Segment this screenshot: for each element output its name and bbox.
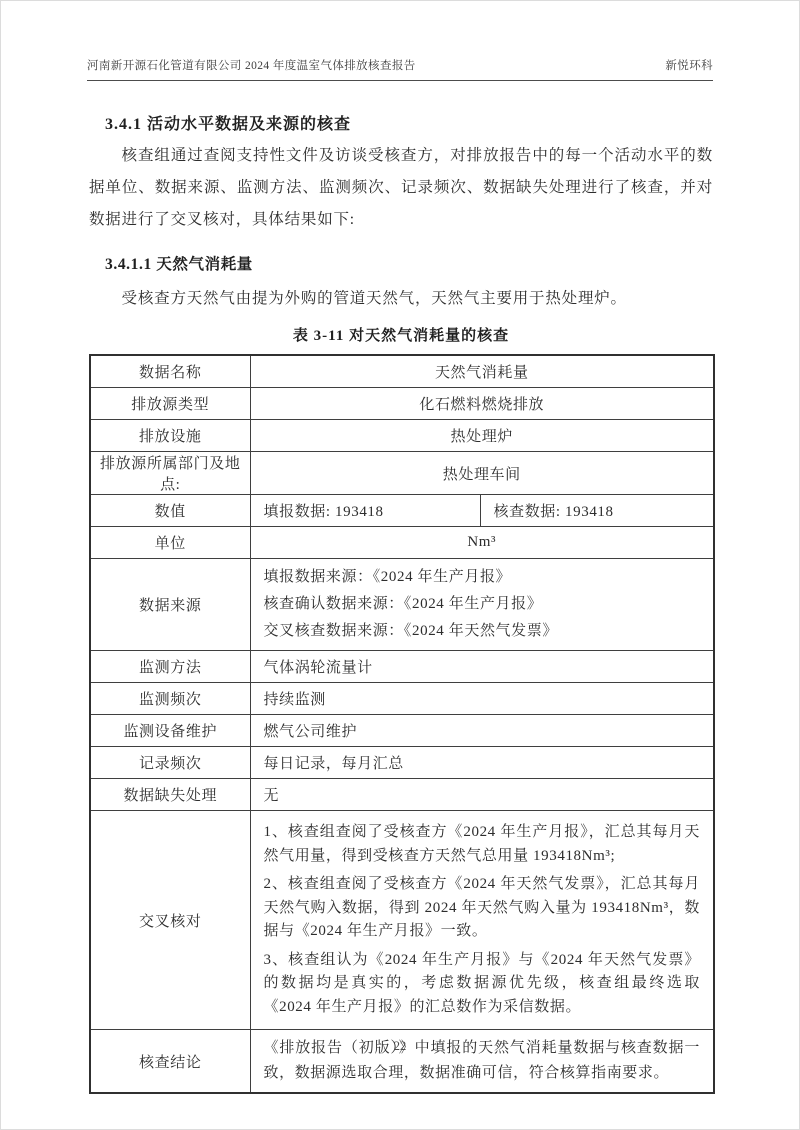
row-value: Nm³ bbox=[250, 527, 714, 559]
cross-check-cell: 1、核查组查阅了受核查方《2024 年生产月报》，汇总其每月天然气用量，得到受核… bbox=[250, 811, 714, 1030]
data-source-line: 填报数据来源：《2024 年生产月报》 bbox=[264, 564, 701, 591]
row-label: 排放源类型 bbox=[90, 388, 250, 420]
table-row-missing-data: 数据缺失处理 无 bbox=[90, 779, 714, 811]
cross-check-paragraph: 1、核查组查阅了受核查方《2024 年生产月报》，汇总其每月天然气用量，得到受核… bbox=[264, 821, 701, 868]
row-label: 排放设施 bbox=[90, 420, 250, 452]
row-label: 记录频次 bbox=[90, 747, 250, 779]
table-caption: 表 3-11 对天然气消耗量的核查 bbox=[89, 324, 713, 345]
header-report-title: 河南新开源石化管道有限公司 2024 年度温室气体排放核查报告 bbox=[87, 57, 416, 73]
row-value: 热处理炉 bbox=[250, 420, 714, 452]
row-value: 热处理车间 bbox=[250, 452, 714, 495]
page-content: 3.4.1 活动水平数据及来源的核查 核查组通过查阅支持性文件及访谈受核查方，对… bbox=[89, 97, 713, 1094]
page-number: 22 bbox=[1, 1039, 799, 1054]
table-row-monitoring-method: 监测方法 气体涡轮流量计 bbox=[90, 651, 714, 683]
row-label: 数值 bbox=[90, 495, 250, 527]
header-org-name: 新悦环科 bbox=[665, 57, 713, 73]
data-source-line: 核查确认数据来源：《2024 年生产月报》 bbox=[264, 591, 701, 618]
intro-paragraph: 核查组通过查阅支持性文件及访谈受核查方，对排放报告中的每一个活动水平的数据单位、… bbox=[89, 140, 713, 236]
natural-gas-paragraph: 受核查方天然气由提为外购的管道天然气，天然气主要用于热处理炉。 bbox=[89, 284, 713, 314]
row-label: 数据名称 bbox=[90, 355, 250, 388]
table-row-department: 排放源所属部门及地点: 热处理车间 bbox=[90, 452, 714, 495]
row-value: 每日记录，每月汇总 bbox=[250, 747, 714, 779]
row-label: 数据来源 bbox=[90, 559, 250, 651]
table-row-source-type: 排放源类型 化石燃料燃烧排放 bbox=[90, 388, 714, 420]
reported-value-cell: 填报数据: 193418 bbox=[250, 495, 480, 527]
cross-check-paragraph: 2、核查组查阅了受核查方《2024 年天然气发票》，汇总其每月天然气购入数据，得… bbox=[264, 873, 701, 944]
row-value: 无 bbox=[250, 779, 714, 811]
row-label: 监测设备维护 bbox=[90, 715, 250, 747]
row-value: 燃气公司维护 bbox=[250, 715, 714, 747]
row-value: 天然气消耗量 bbox=[250, 355, 714, 388]
row-label: 交叉核对 bbox=[90, 811, 250, 1030]
row-label: 监测频次 bbox=[90, 683, 250, 715]
table-row-cross-check: 交叉核对 1、核查组查阅了受核查方《2024 年生产月报》，汇总其每月天然气用量… bbox=[90, 811, 714, 1030]
row-value-multiline: 填报数据来源：《2024 年生产月报》 核查确认数据来源：《2024 年生产月报… bbox=[250, 559, 714, 651]
table-row-record-frequency: 记录频次 每日记录，每月汇总 bbox=[90, 747, 714, 779]
data-source-line: 交叉核查数据来源：《2024 年天然气发票》 bbox=[264, 618, 701, 645]
section-heading-3-4-1-1: 3.4.1.1 天然气消耗量 bbox=[105, 252, 713, 274]
row-label: 排放源所属部门及地点: bbox=[90, 452, 250, 495]
table-row-unit: 单位 Nm³ bbox=[90, 527, 714, 559]
row-value: 化石燃料燃烧排放 bbox=[250, 388, 714, 420]
running-header: 河南新开源石化管道有限公司 2024 年度温室气体排放核查报告 新悦环科 bbox=[87, 57, 713, 81]
table-row-data-source: 数据来源 填报数据来源：《2024 年生产月报》 核查确认数据来源：《2024 … bbox=[90, 559, 714, 651]
table-row-monitoring-frequency: 监测频次 持续监测 bbox=[90, 683, 714, 715]
row-value: 气体涡轮流量计 bbox=[250, 651, 714, 683]
table-row-equipment-maintenance: 监测设备维护 燃气公司维护 bbox=[90, 715, 714, 747]
verification-table: 数据名称 天然气消耗量 排放源类型 化石燃料燃烧排放 排放设施 热处理炉 排放源… bbox=[89, 354, 715, 1094]
table-row-facility: 排放设施 热处理炉 bbox=[90, 420, 714, 452]
verified-value-cell: 核查数据: 193418 bbox=[480, 495, 714, 527]
section-heading-3-4-1: 3.4.1 活动水平数据及来源的核查 bbox=[105, 111, 713, 134]
table-row-data-name: 数据名称 天然气消耗量 bbox=[90, 355, 714, 388]
row-label: 监测方法 bbox=[90, 651, 250, 683]
document-page: 河南新开源石化管道有限公司 2024 年度温室气体排放核查报告 新悦环科 3.4… bbox=[0, 0, 800, 1130]
table-row-numeric-value: 数值 填报数据: 193418 核查数据: 193418 bbox=[90, 495, 714, 527]
row-value: 持续监测 bbox=[250, 683, 714, 715]
cross-check-paragraph: 3、核查组认为《2024 年生产月报》与《2024 年天然气发票》的数据均是真实… bbox=[264, 949, 701, 1020]
row-label: 数据缺失处理 bbox=[90, 779, 250, 811]
row-label: 单位 bbox=[90, 527, 250, 559]
